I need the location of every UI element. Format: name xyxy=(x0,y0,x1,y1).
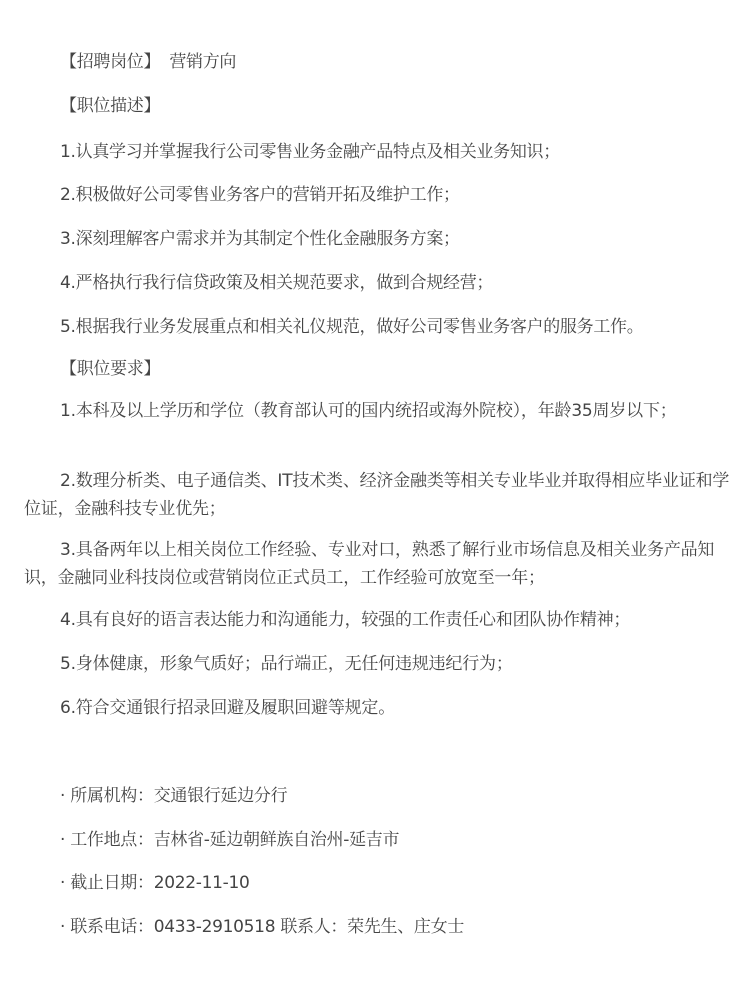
info-organization: · 所属机构：交通银行延边分行 xyxy=(60,784,287,808)
description-heading: 【职位描述】 xyxy=(60,94,160,118)
requirement-item: 6.符合交通银行招录回避及履职回避等规定。 xyxy=(24,694,730,722)
description-item: 1.认真学习并掌握我行公司零售业务金融产品特点及相关业务知识； xyxy=(60,140,560,164)
requirement-item: 5.身体健康，形象气质好；品行端正，无任何违规违纪行为； xyxy=(24,650,730,678)
info-location: · 工作地点：吉林省-延边朝鲜族自治州-延吉市 xyxy=(60,828,399,852)
requirements-heading: 【职位要求】 xyxy=(60,357,160,381)
position-label: 【招聘岗位】 xyxy=(60,52,160,72)
info-deadline: · 截止日期：2022-11-10 xyxy=(60,871,250,895)
position-value: 营销方向 xyxy=(169,52,236,72)
description-item: 2.积极做好公司零售业务客户的营销开拓及维护工作； xyxy=(60,183,460,207)
description-item: 4.严格执行我行信贷政策及相关规范要求，做到合规经营； xyxy=(60,271,493,295)
requirement-item: 3.具备两年以上相关岗位工作经验、专业对口，熟悉了解行业市场信息及相关业务产品知… xyxy=(24,536,730,592)
position-line: 【招聘岗位】 营销方向 xyxy=(60,50,236,74)
description-item: 5.根据我行业务发展重点和相关礼仪规范，做好公司零售业务客户的服务工作。 xyxy=(60,315,643,339)
requirement-item: 2.数理分析类、电子通信类、IT技术类、经济金融类等相关专业毕业并取得相应毕业证… xyxy=(24,467,730,523)
requirement-item: 4.具有良好的语言表达能力和沟通能力，较强的工作责任心和团队协作精神； xyxy=(24,606,730,634)
description-item: 3.深刻理解客户需求并为其制定个性化金融服务方案； xyxy=(60,227,460,251)
info-contact: · 联系电话：0433-2910518 联系人：荣先生、庄女士 xyxy=(60,915,464,939)
requirement-item: 1.本科及以上学历和学位（教育部认可的国内统招或海外院校），年龄35周岁以下； xyxy=(24,397,730,425)
